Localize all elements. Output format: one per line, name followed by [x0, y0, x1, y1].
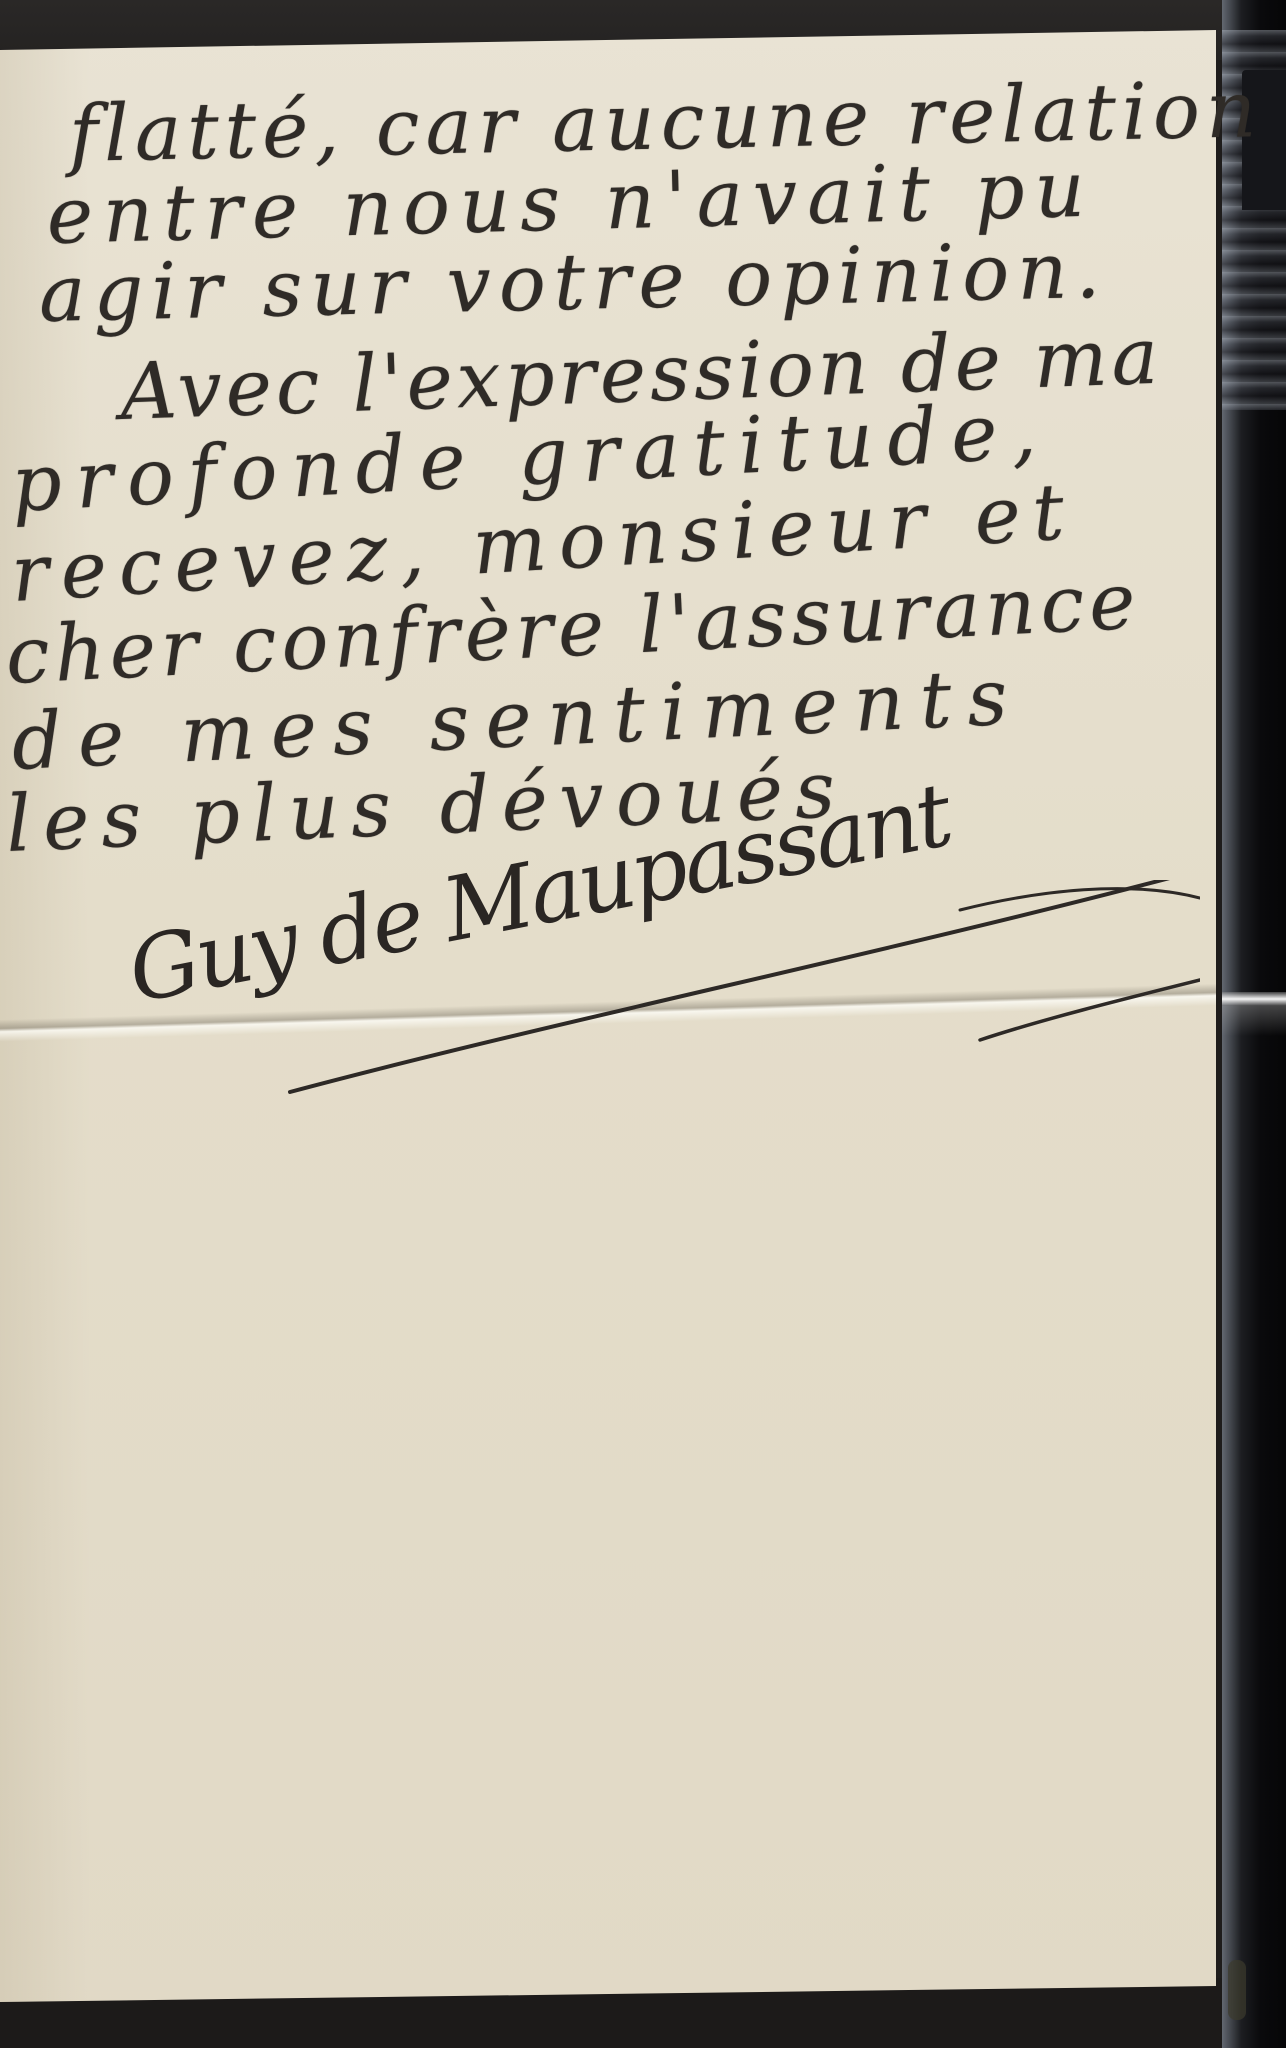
signature-block: Guy de Maupassant: [140, 880, 1200, 1120]
gloss-reflection: [1222, 1006, 1286, 1036]
light-reflection: [1222, 992, 1286, 1006]
black-binding-strip: [1222, 0, 1286, 2048]
worn-edge: [1228, 1960, 1246, 2020]
letter-body: flatté, car aucune relation entre nous n…: [0, 0, 1216, 2048]
